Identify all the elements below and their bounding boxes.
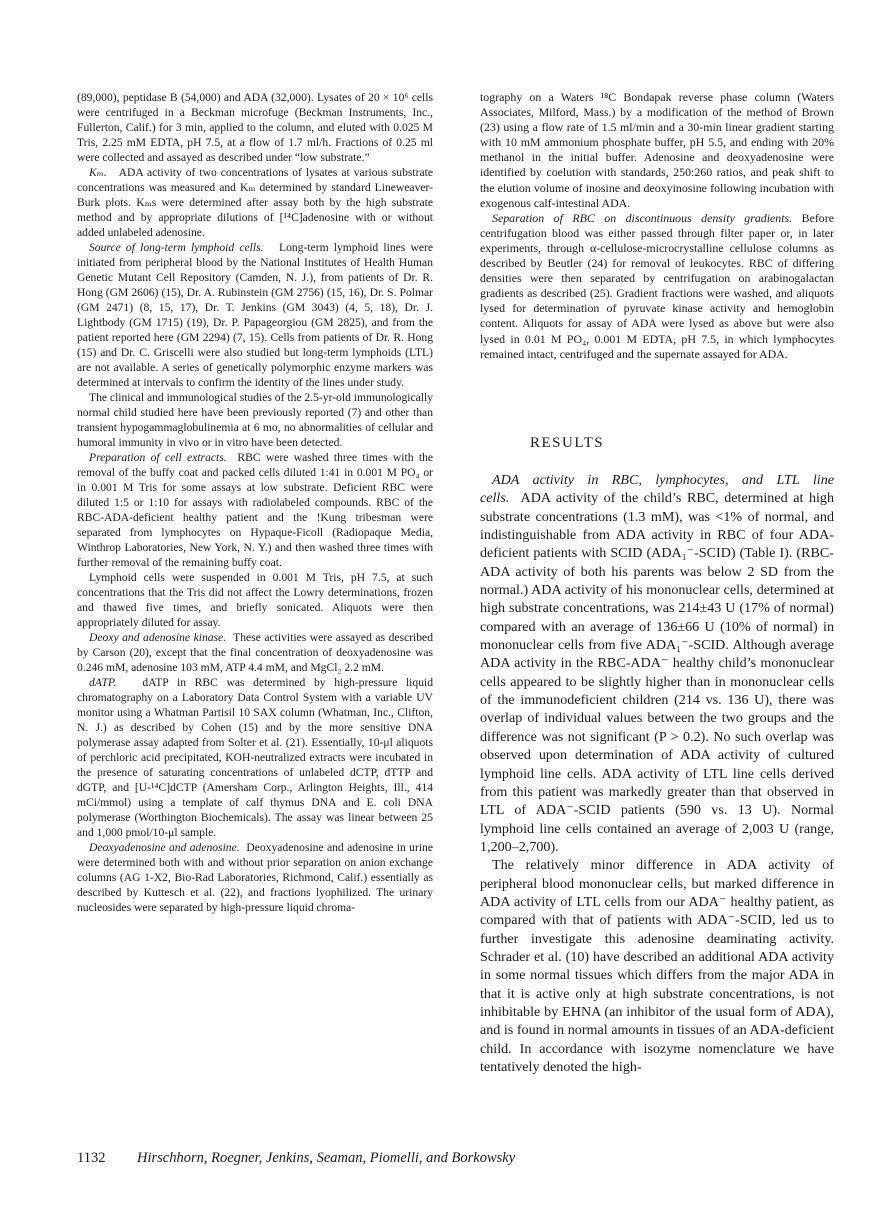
paragraph-minor-difference: The relatively minor difference in ADA a… (480, 856, 834, 1076)
section-heading-deoxy-kinase: Deoxy and adenosine kinase. (89, 631, 226, 644)
paragraph-km-body: ADA activity of two concentrations of ly… (77, 166, 433, 239)
right-column-methods: tography on a Waters ¹⁸C Bondapak revers… (480, 90, 834, 362)
paragraph-deoxyadenosine: Deoxyadenosine and adenosine. Deoxyadeno… (77, 840, 433, 915)
page-number: 1132 (77, 1150, 137, 1167)
paragraph-deoxy-kinase: Deoxy and adenosine kinase. These activi… (77, 630, 433, 675)
section-heading-separation: Separation of RBC on discontinuous densi… (492, 211, 792, 225)
paragraph-chromatography: tography on a Waters ¹⁸C Bondapak revers… (480, 90, 834, 211)
page-footer: 1132Hirschhorn, Roegner, Jenkins, Seaman… (77, 1150, 515, 1167)
right-column-results: ADA activity in RBC, lymphocytes, and LT… (480, 471, 834, 1076)
paragraph-ada-activity: ADA activity in RBC, lymphocytes, and LT… (480, 471, 834, 856)
results-section: RESULTS (480, 422, 834, 469)
section-heading-km: Kₘ. (89, 166, 107, 179)
section-heading-source: Source of long-term lymphoid cells. (89, 241, 264, 254)
paragraph-prep-body: RBC were washed three times with the rem… (77, 451, 433, 569)
paragraph-datp: dATP. dATP in RBC was determined by high… (77, 675, 433, 840)
paragraph-separation-body: Before centrifugation blood was either p… (480, 211, 834, 361)
paragraph-lysates: (89,000), peptidase B (54,000) and ADA (… (77, 90, 433, 165)
paragraph-source-body: Long-term lymphoid lines were initiated … (77, 241, 433, 389)
section-heading-datp: dATP. (89, 676, 116, 689)
left-column: (89,000), peptidase B (54,000) and ADA (… (77, 90, 433, 915)
paragraph-km: Kₘ. ADA activity of two concentrations o… (77, 165, 433, 240)
paragraph-source: Source of long-term lymphoid cells. Long… (77, 240, 433, 390)
running-footer-authors: Hirschhorn, Roegner, Jenkins, Seaman, Pi… (137, 1150, 515, 1166)
paragraph-separation: Separation of RBC on discontinuous densi… (480, 211, 834, 362)
paragraph-clinical: The clinical and immunological studies o… (77, 390, 433, 450)
paragraph-ada-activity-body: ADA activity of the child’s RBC, determi… (480, 490, 834, 855)
section-heading-deoxyadenosine: Deoxyadenosine and adenosine. (89, 841, 240, 854)
section-heading-prep: Preparation of cell extracts. (89, 451, 227, 464)
results-heading: RESULTS (530, 435, 834, 452)
paragraph-lymphoid: Lymphoid cells were suspended in 0.001 M… (77, 570, 433, 630)
paragraph-datp-body: dATP in RBC was determined by high-press… (77, 676, 433, 839)
paragraph-prep: Preparation of cell extracts. RBC were w… (77, 450, 433, 570)
